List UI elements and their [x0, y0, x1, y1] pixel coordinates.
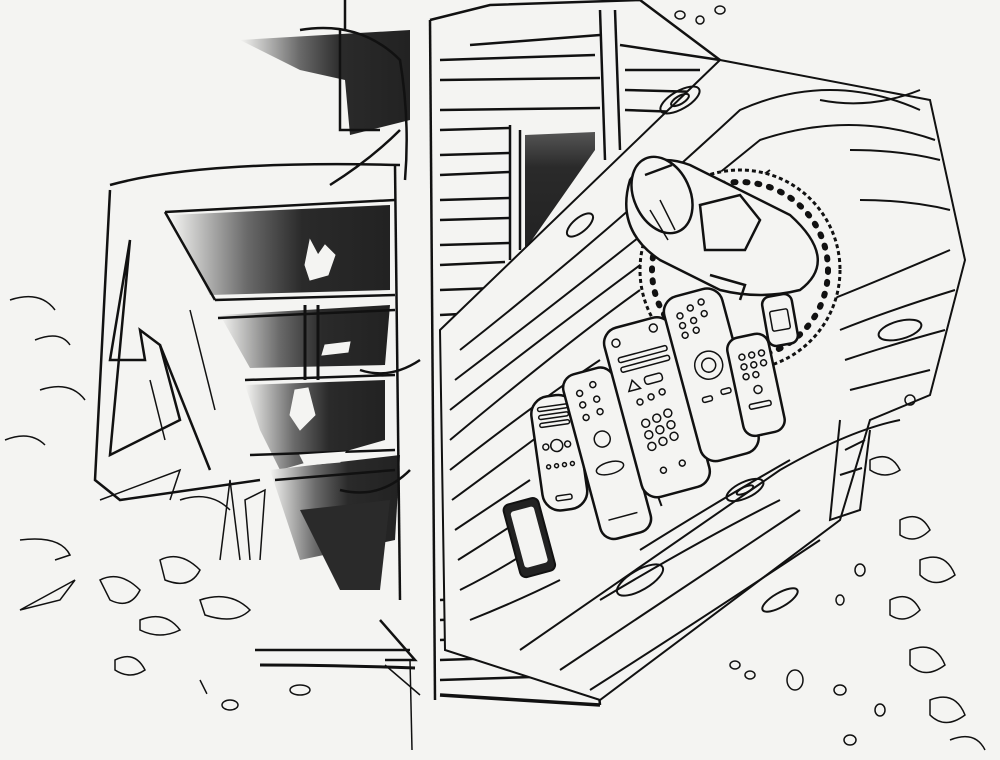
ink-drawing-canvas	[0, 0, 1000, 760]
drawing-svg	[0, 0, 1000, 760]
